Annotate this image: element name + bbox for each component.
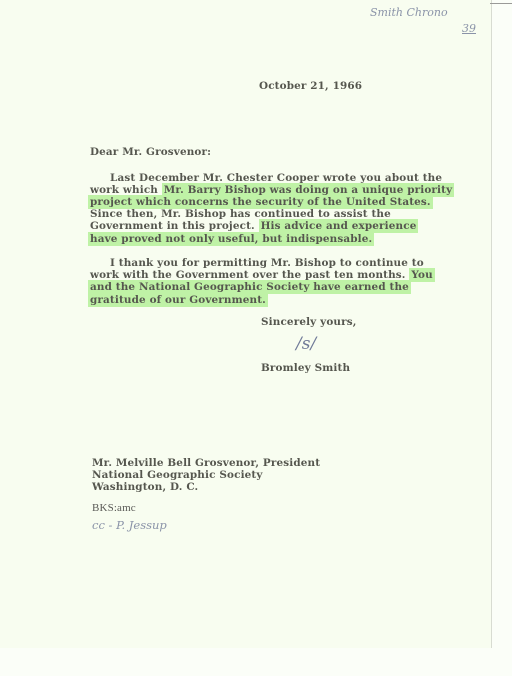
scan-edge-line bbox=[490, 3, 512, 4]
signer-name: Bromley Smith bbox=[261, 360, 350, 377]
highlighted-text: You bbox=[409, 268, 434, 282]
letter-date: October 21, 1966 bbox=[259, 78, 362, 95]
highlighted-text: have proved not only useful, but indispe… bbox=[88, 232, 374, 246]
recipient-line-3: Washington, D. C. bbox=[92, 479, 198, 496]
handwritten-note-smith-chrono: Smith Chrono bbox=[370, 6, 448, 19]
handwritten-page-number: 39 bbox=[462, 22, 476, 35]
salutation: Dear Mr. Grosvenor: bbox=[90, 144, 211, 161]
highlighted-text: gratitude of our Government. bbox=[88, 293, 268, 307]
handwritten-cc-note: cc - P. Jessup bbox=[92, 518, 167, 532]
reference-initials: BKS:amc bbox=[92, 500, 136, 517]
closing: Sincerely yours, bbox=[261, 314, 357, 331]
p2-line-4: gratitude of our Government. bbox=[88, 292, 268, 309]
letter-page: Smith Chrono 39 October 21, 1966 Dear Mr… bbox=[0, 0, 492, 648]
p1-line-6: have proved not only useful, but indispe… bbox=[88, 231, 374, 248]
signature-mark: /s/ bbox=[296, 334, 316, 354]
